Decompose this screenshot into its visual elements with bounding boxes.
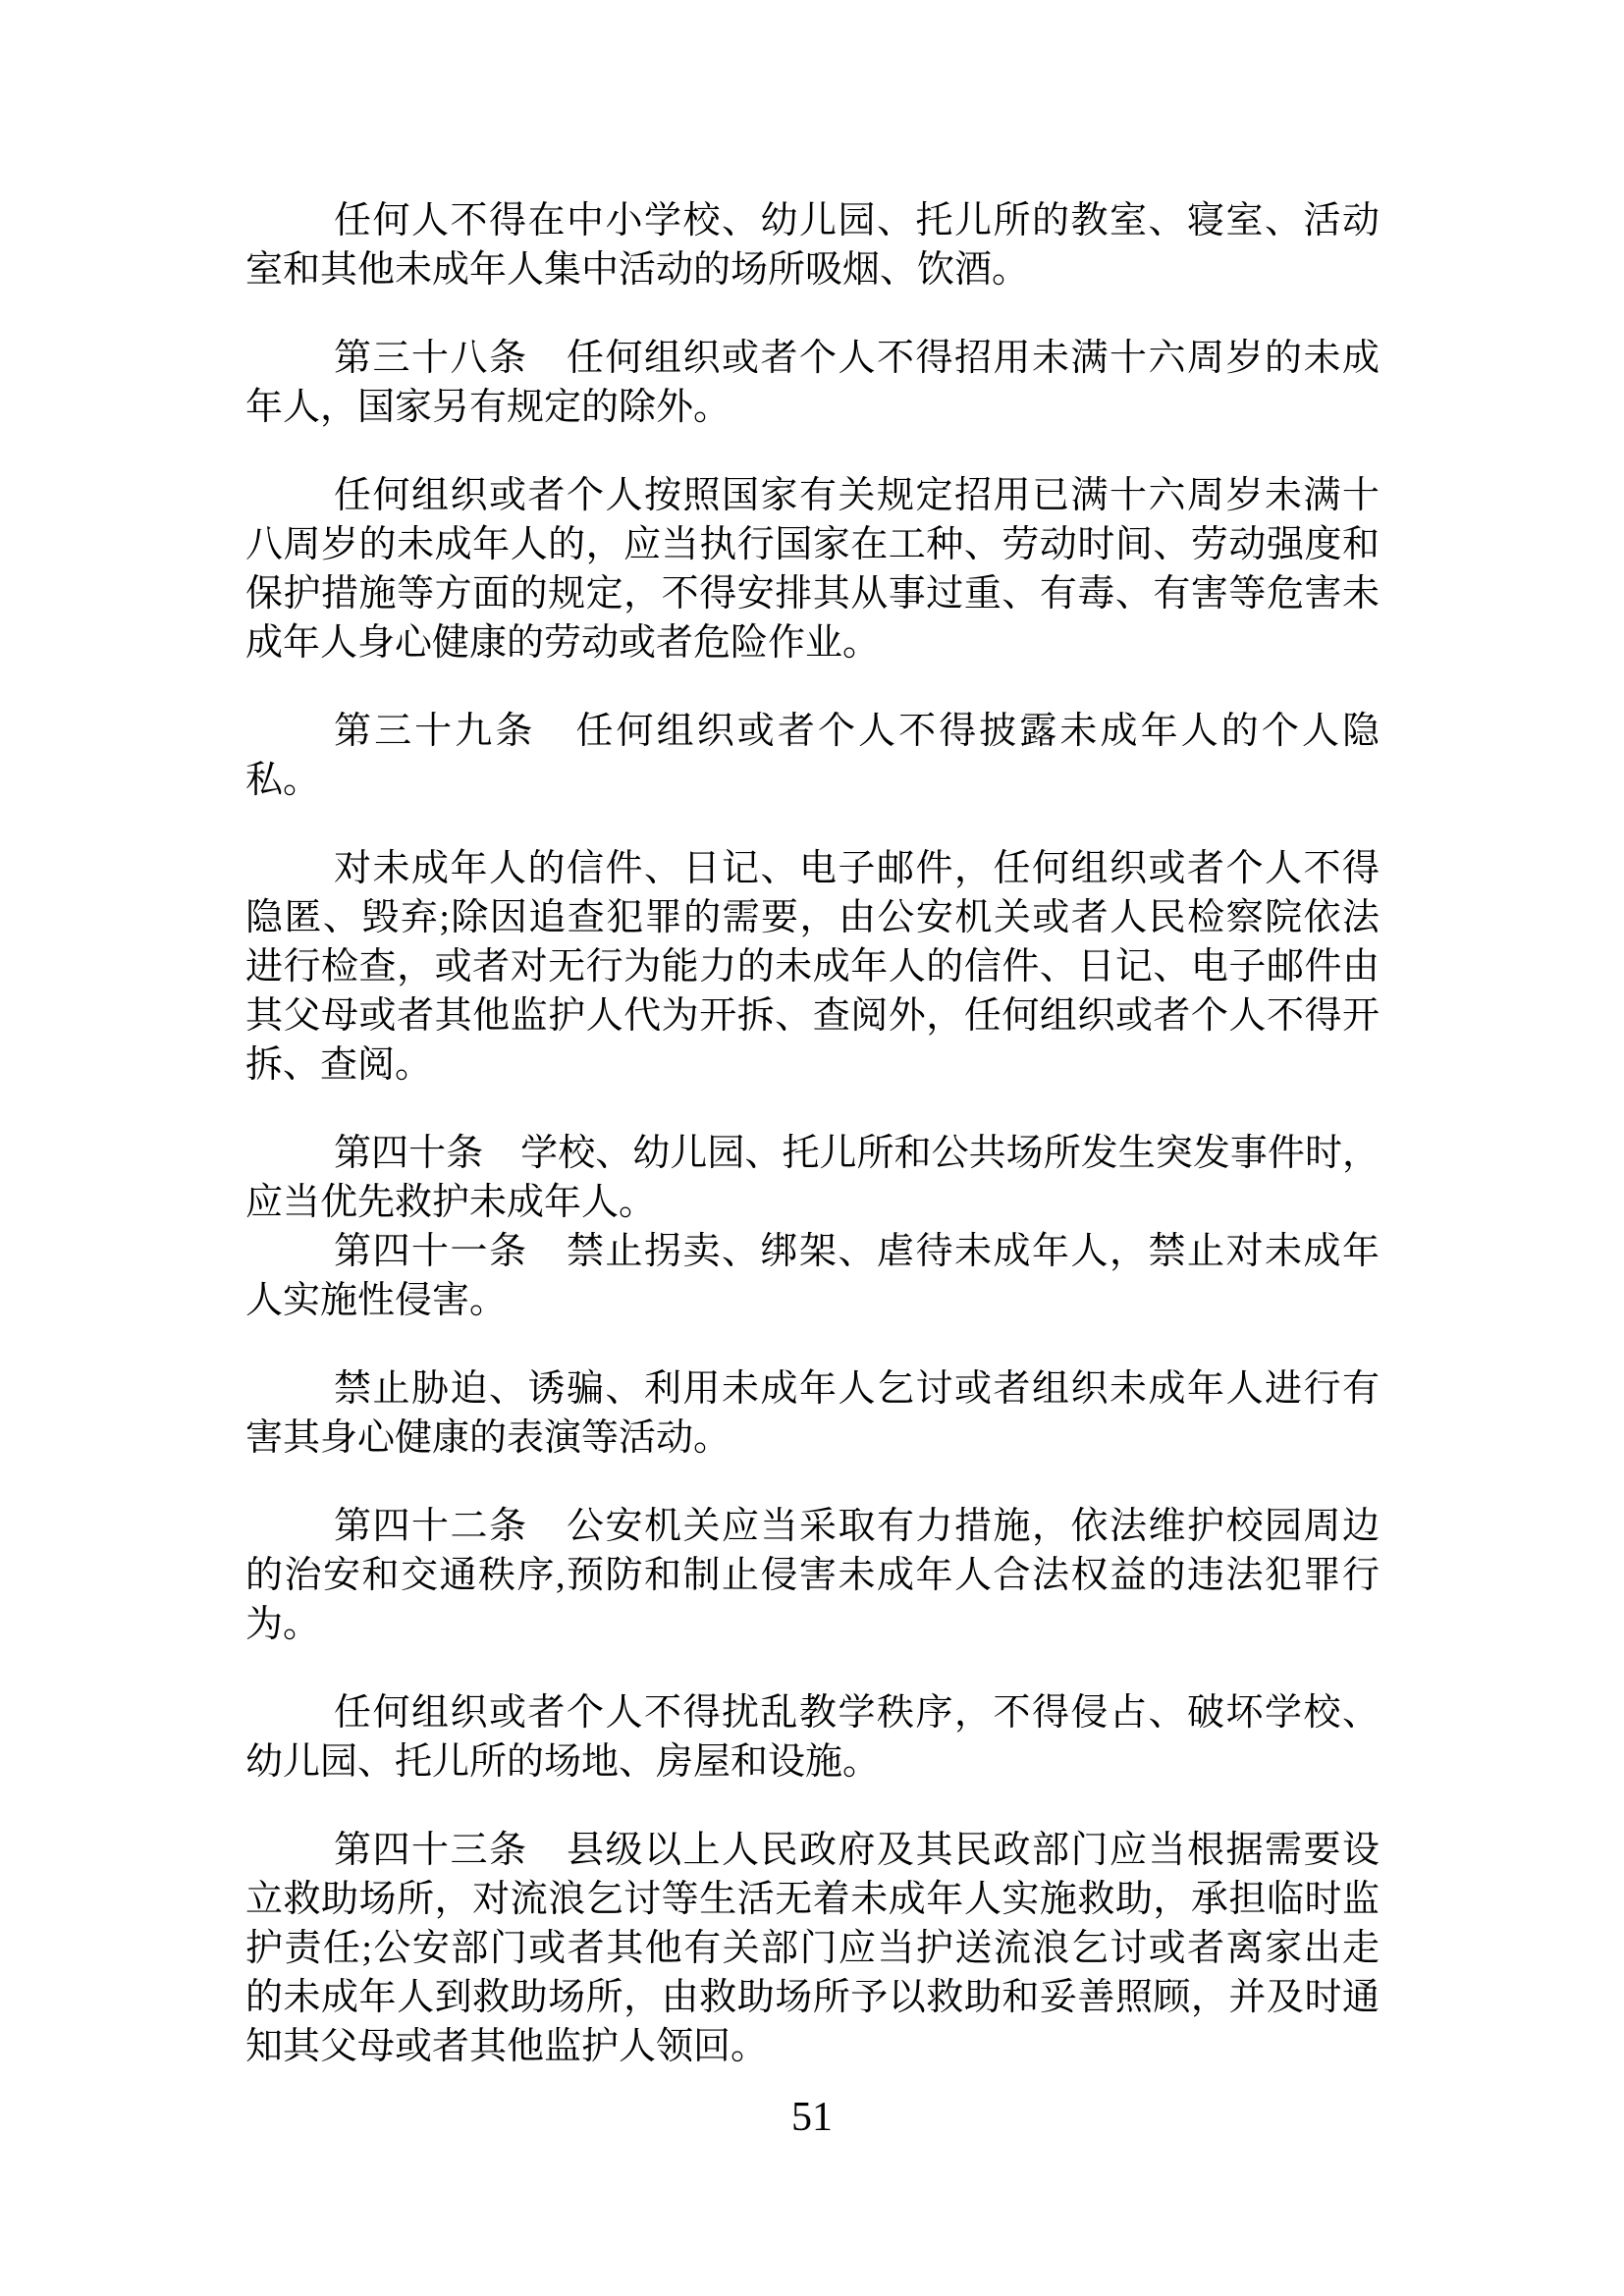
paragraph: 第三十九条 任何组织或者个人不得披露未成年人的个人隐私。	[245, 707, 1380, 805]
text-line: 第四十一条 禁止拐卖、绑架、虐待未成年人，禁止对未成年	[245, 1227, 1380, 1276]
paragraph: 任何人不得在中小学校、幼儿园、托儿所的教室、寝室、活动室和其他未成年人集中活动的…	[245, 196, 1380, 294]
text-line: 知其父母或者其他监护人领回。	[245, 2022, 1380, 2071]
text-line: 第三十九条 任何组织或者个人不得披露未成年人的个人隐	[245, 707, 1380, 756]
text-line: 护责任;公安部门或者其他有关部门应当护送流浪乞讨或者离家出走	[245, 1924, 1380, 1973]
text-line: 为。	[245, 1600, 1380, 1649]
page-number: 51	[0, 2093, 1624, 2142]
text-line: 八周岁的未成年人的，应当执行国家在工种、劳动时间、劳动强度和	[245, 520, 1380, 569]
text-line: 任何组织或者个人不得扰乱教学秩序，不得侵占、破坏学校、	[245, 1688, 1380, 1737]
paragraph: 对未成年人的信件、日记、电子邮件，任何组织或者个人不得隐匿、毁弃;除因追查犯罪的…	[245, 844, 1380, 1090]
text-line: 立救助场所，对流浪乞讨等生活无着未成年人实施救助，承担临时监	[245, 1875, 1380, 1924]
paragraph: 第三十八条 任何组织或者个人不得招用未满十六周岁的未成年人，国家另有规定的除外。	[245, 334, 1380, 432]
text-line: 年人，国家另有规定的除外。	[245, 383, 1380, 432]
paragraph: 任何组织或者个人按照国家有关规定招用已满十六周岁未满十八周岁的未成年人的，应当执…	[245, 471, 1380, 667]
paragraph: 第四十二条 公安机关应当采取有力措施，依法维护校园周边的治安和交通秩序,预防和制…	[245, 1502, 1380, 1649]
text-line: 拆、查阅。	[245, 1041, 1380, 1090]
text-line: 禁止胁迫、诱骗、利用未成年人乞讨或者组织未成年人进行有	[245, 1364, 1380, 1414]
text-line: 害其身心健康的表演等活动。	[245, 1414, 1380, 1463]
text-line: 对未成年人的信件、日记、电子邮件，任何组织或者个人不得	[245, 844, 1380, 893]
document-body: 任何人不得在中小学校、幼儿园、托儿所的教室、寝室、活动室和其他未成年人集中活动的…	[245, 196, 1380, 2071]
paragraph: 第四十三条 县级以上人民政府及其民政部门应当根据需要设立救助场所，对流浪乞讨等生…	[245, 1826, 1380, 2071]
text-line: 保护措施等方面的规定，不得安排其从事过重、有毒、有害等危害未	[245, 569, 1380, 618]
text-line: 任何人不得在中小学校、幼儿园、托儿所的教室、寝室、活动	[245, 196, 1380, 245]
text-line: 的治安和交通秩序,预防和制止侵害未成年人合法权益的违法犯罪行	[245, 1551, 1380, 1600]
text-line: 第四十三条 县级以上人民政府及其民政部门应当根据需要设	[245, 1826, 1380, 1875]
document-page: 任何人不得在中小学校、幼儿园、托儿所的教室、寝室、活动室和其他未成年人集中活动的…	[0, 0, 1624, 2296]
text-line: 任何组织或者个人按照国家有关规定招用已满十六周岁未满十	[245, 471, 1380, 520]
text-line: 隐匿、毁弃;除因追查犯罪的需要，由公安机关或者人民检察院依法	[245, 893, 1380, 942]
text-line: 幼儿园、托儿所的场地、房屋和设施。	[245, 1737, 1380, 1787]
text-line: 的未成年人到救助场所，由救助场所予以救助和妥善照顾，并及时通	[245, 1973, 1380, 2022]
text-line: 室和其他未成年人集中活动的场所吸烟、饮酒。	[245, 245, 1380, 294]
paragraph: 第四十一条 禁止拐卖、绑架、虐待未成年人，禁止对未成年人实施性侵害。	[245, 1227, 1380, 1325]
text-line: 成年人身心健康的劳动或者危险作业。	[245, 618, 1380, 667]
text-line: 第四十二条 公安机关应当采取有力措施，依法维护校园周边	[245, 1502, 1380, 1551]
text-line: 其父母或者其他监护人代为开拆、查阅外，任何组织或者个人不得开	[245, 991, 1380, 1041]
text-line: 应当优先救护未成年人。	[245, 1178, 1380, 1227]
text-line: 人实施性侵害。	[245, 1276, 1380, 1325]
paragraph: 禁止胁迫、诱骗、利用未成年人乞讨或者组织未成年人进行有害其身心健康的表演等活动。	[245, 1364, 1380, 1463]
text-line: 私。	[245, 756, 1380, 805]
text-line: 进行检查，或者对无行为能力的未成年人的信件、日记、电子邮件由	[245, 942, 1380, 991]
text-line: 第四十条 学校、幼儿园、托儿所和公共场所发生突发事件时，	[245, 1129, 1380, 1178]
text-line: 第三十八条 任何组织或者个人不得招用未满十六周岁的未成	[245, 334, 1380, 383]
paragraph: 第四十条 学校、幼儿园、托儿所和公共场所发生突发事件时，应当优先救护未成年人。	[245, 1129, 1380, 1227]
paragraph: 任何组织或者个人不得扰乱教学秩序，不得侵占、破坏学校、幼儿园、托儿所的场地、房屋…	[245, 1688, 1380, 1787]
